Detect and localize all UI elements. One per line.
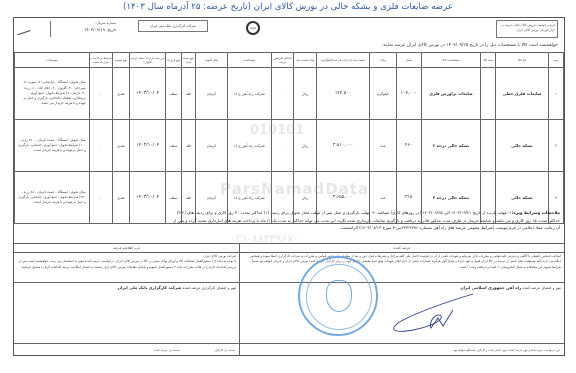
broker-text-block: شرکت بورس کالای ایران با توجه به ماده (۱… (14, 253, 239, 283)
conditions-line-1: ملاحظات وشرایط ویژه:۱- مهلت بازدید از تا… (18, 209, 560, 217)
col-header: محل تحویل (196, 53, 228, 68)
col-header: نوع تسویه (112, 53, 129, 68)
official-stamp-icon (298, 256, 378, 336)
credit-terms: - (89, 120, 112, 172)
col-header: واحد قیمت پایه (294, 53, 317, 68)
row-notes: محل تحویل: ایستگاه - عمده کرمان - ۳۶۰ زر… (15, 120, 90, 172)
settlement-type: نقدی (112, 68, 129, 120)
seller-title: عرضه کننده (240, 244, 564, 253)
broker-title: فرم اطلاعیه عرضه (14, 244, 239, 253)
item-name: ضایعات فلزی خطی (495, 68, 548, 120)
row-notes: محل تحویل: ایستگاه - ترانشانی: ۵- سوره: … (15, 68, 90, 120)
contract-type: سلف (166, 120, 181, 172)
watermark-brand: ParsNamadData (220, 180, 369, 198)
item-symbol (481, 68, 495, 120)
col-header: نماد کالا (481, 53, 495, 68)
page-headline: عرضه ضایعات فلزی و بشکه خالی در بورس کال… (0, 2, 576, 12)
exchange-logo-icon: logo (246, 21, 260, 35)
watermark-code: 010101 (250, 125, 304, 136)
broker-column: فرم اطلاعیه عرضه شرکت بورس کالای ایران ب… (14, 244, 239, 356)
broker-request: با توجه به ماده (۱) دستورالعمل معاملات ک… (17, 259, 236, 270)
conditions-label: ملاحظات وشرایط ویژه: (512, 210, 560, 215)
item-spec: بشکه خالی درجه ۲ (421, 120, 481, 172)
copy-label-broker: نسخه نزد کارگزار (215, 344, 235, 356)
col-header: توضیحات (15, 53, 90, 68)
conditions-line-2: حداکثر بمدت ۱۵ روز کاری و می باشد و چنان… (18, 217, 560, 225)
broker-footer: نسخه نزد کارگزار نسخه نزد عرضه کننده (14, 343, 239, 356)
col-header: مشخصات کالا (421, 53, 481, 68)
packing-type: فله (181, 68, 196, 120)
col-header: سررسید قرارداد سلف (زمان تحویل) (130, 53, 166, 68)
due-date: ۱۴۰۳/۱۰/۰۴ (130, 68, 166, 120)
item-spec: ضایعات تراورس فلزی (421, 68, 481, 120)
seller-declaration: اینجانب اشخص حقوقی با آگاهی و پذیرش کلیه… (240, 253, 564, 283)
seller-footer: این درخواست بدون امضا و مهر عرضه کننده ب… (240, 343, 564, 356)
conditions-line-3: آن رعایت مفاد اعلامی در فرم پیوست (شرایط… (18, 224, 560, 232)
item-quantity: ۱۰۷,۰۰۰ (396, 68, 421, 120)
corner-mark (17, 30, 33, 42)
form-type-box: فرم درخواست فروش کالا / قالب عرضه در باز… (496, 20, 558, 38)
credit-terms: - (89, 68, 112, 120)
delivery-location: کرمان (196, 120, 228, 172)
reference-box: شماره سریال: تاریخ: ۱۴۰۳/۰۹/۱۹ (50, 21, 118, 37)
settlement-type: نقدی (112, 120, 129, 172)
col-header: ردیف (549, 53, 564, 68)
broker-name: شرکت کارگزاری بانک ملی ایران (118, 285, 182, 290)
contract-type: سلف (166, 68, 181, 120)
row-number: ۲ (549, 120, 564, 172)
broker-company-box: شرکت کارگزاری بانک ملی ایران (138, 20, 208, 32)
table-header-row: ردیف نام کالا نماد کالا مشخصات کالا مقدا… (15, 53, 564, 68)
row-number: ۱ (549, 68, 564, 120)
base-price: ۱۴۴,۵۰۰ (316, 68, 369, 120)
col-header: نام کالا (495, 53, 548, 68)
offer-table: ردیف نام کالا نماد کالا مشخصات کالا مقدا… (14, 52, 564, 224)
delivery-location: کرمان (196, 68, 228, 120)
form-date: تاریخ: ۱۴۰۳/۰۹/۱۹ (51, 27, 116, 33)
watermark-phone: ۰۲۱-۸۸۳۴۹۶۷۰ (230, 232, 299, 245)
col-header: نوع بسته بندی (181, 53, 196, 68)
col-header: واحد (370, 53, 397, 68)
due-date: ۱۴۰۳/۱۰/۰۴ (130, 120, 166, 172)
table-row: ۱ ضایعات فلزی خطی ضایعات تراورس فلزی ۱۰۷… (15, 68, 564, 120)
col-header: مقدار (396, 53, 421, 68)
col-header: شرایط پرداخت در قرارداد نسیه (89, 53, 112, 68)
stamp-emblem-icon (326, 280, 352, 312)
broker-signature-label: مهر و امضای کارگزاری عرضه کننده شرکت کار… (14, 283, 239, 292)
col-header: نوع قرارداد (166, 53, 181, 68)
signature-icon (383, 290, 478, 340)
signature-section: عرضه کننده اینجانب اشخص حقوقی با آگاهی و… (14, 244, 564, 356)
col-header: حداکثر افزایش عرضه (272, 53, 294, 68)
item-quantity: ۴۶۰ (396, 120, 421, 172)
packing-type: فله (181, 120, 196, 172)
item-unit: کیلوگرم (370, 68, 397, 120)
intro-text: خواهشمند است کالا با مشخصات ذیل را در تا… (382, 43, 558, 48)
producer: شرکت راه آهن ج.ا.ا (227, 68, 271, 120)
col-header: قیمت پایه (به ازای هر عدد/کیلوگرم) (316, 53, 369, 68)
item-symbol (481, 120, 495, 172)
copy-label-seller: نسخه نزد عرضه کننده (154, 344, 180, 356)
item-name: بشکه خالی (495, 120, 548, 172)
item-unit: عدد (370, 120, 397, 172)
price-unit: ریال (294, 68, 317, 120)
col-header: تولیدکننده (227, 53, 271, 68)
max-increase: ۰ (272, 68, 294, 120)
base-price: ۳,۸۱۰,۰۰۰ (316, 120, 369, 172)
